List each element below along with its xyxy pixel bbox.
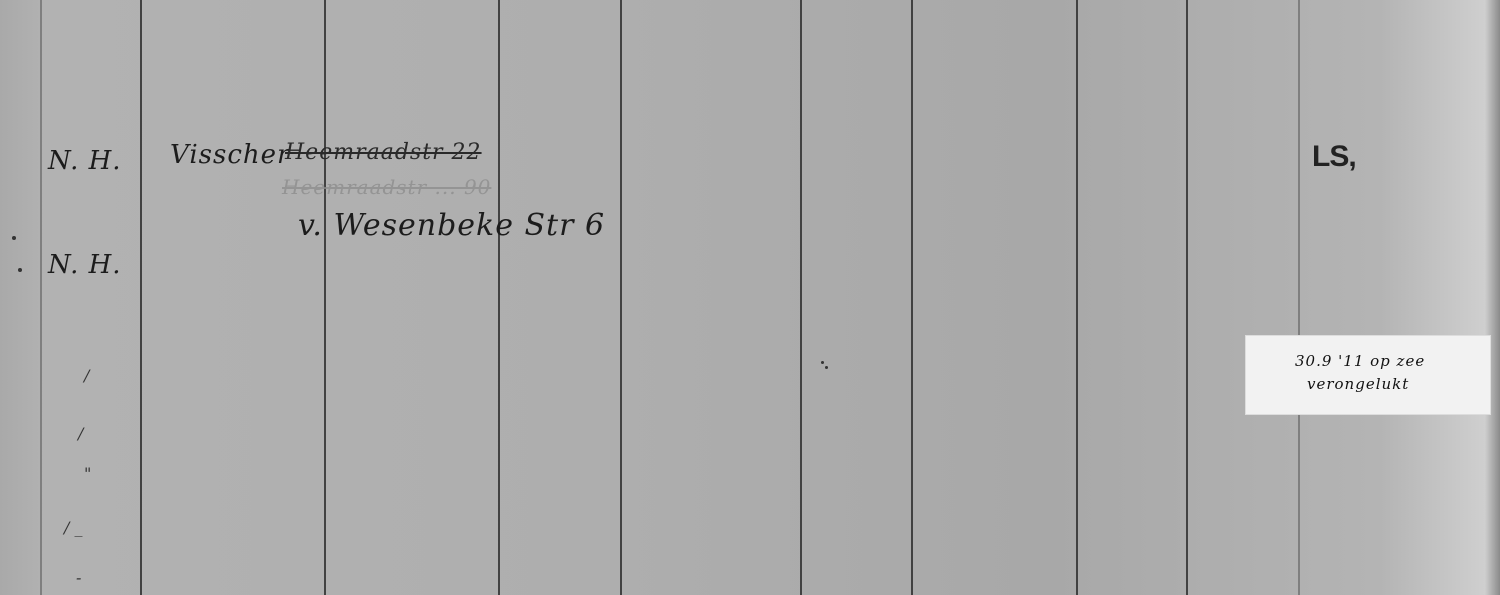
ink-speck — [821, 361, 824, 364]
ink-speck — [12, 236, 16, 240]
ditto-mark: / _ — [64, 518, 82, 537]
column-rule — [1186, 0, 1188, 595]
row1-struck-address-2: Heemraadstr ... 90 — [282, 175, 572, 199]
ditto-mark: / — [78, 424, 83, 443]
note-date-line: 30.9 '11 op zee — [1295, 352, 1425, 370]
column-rule — [911, 0, 913, 595]
note-remark-line: verongelukt — [1307, 375, 1409, 393]
row1-name: Visscher — [170, 140, 290, 170]
ink-speck — [18, 268, 22, 272]
row2-col1: N. H. — [48, 250, 122, 280]
register-page: N. H. Visscher Heemraadstr 22 Heemraadst… — [0, 0, 1500, 595]
column-rule — [620, 0, 622, 595]
ditto-mark: - — [76, 568, 81, 587]
column-rule — [800, 0, 802, 595]
column-rule — [498, 0, 500, 595]
row1-address: v. Wesenbeke Str 6 — [298, 208, 605, 243]
ditto-mark: " — [84, 464, 91, 483]
pasted-note: 30.9 '11 op zee verongelukt — [1245, 335, 1491, 415]
column-rule — [40, 0, 42, 595]
row1-struck-address-1: Heemraadstr 22 — [285, 140, 482, 165]
column-rule — [1298, 0, 1300, 595]
ditto-mark: / — [84, 366, 89, 385]
column-rule — [1076, 0, 1078, 595]
column-rule — [140, 0, 142, 595]
row1-col1: N. H. — [48, 146, 122, 176]
ls-stamp: LS, — [1312, 140, 1356, 174]
ink-speck — [825, 366, 828, 369]
column-rule — [324, 0, 326, 595]
